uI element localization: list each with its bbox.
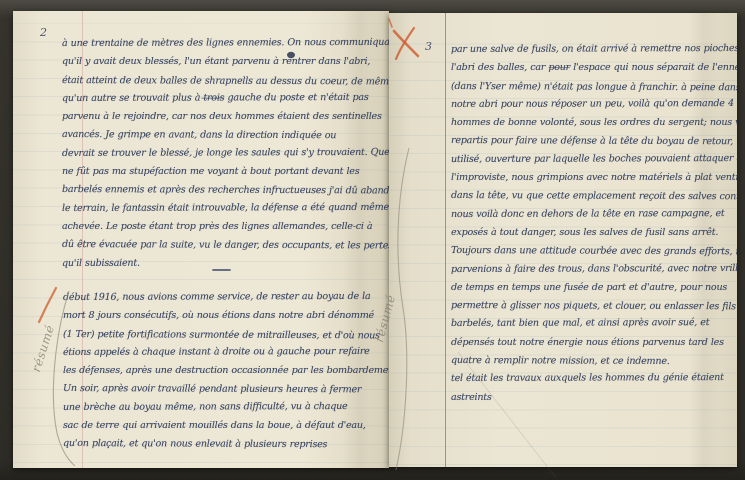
handwritten-line: ne fût pas ma stupéfaction me voyant à b…	[62, 166, 389, 184]
page-number: 3	[425, 40, 432, 53]
handwritten-line: une brèche au boyau même, non sans diffi…	[63, 401, 389, 420]
handwritten-line: mort 8 jours consécutifs, où nous étions…	[63, 310, 389, 328]
handwritten-line: qu'on plaçait, et qu'on nous enlevait à …	[63, 438, 389, 458]
handwritten-line: le terrain, le fantassin était introuvab…	[62, 201, 389, 221]
manuscript-page-2: 2 à une trentaine de mètres des lignes e…	[13, 11, 389, 468]
handwritten-line: Toujours dans une attitude courbée avec …	[451, 245, 737, 265]
handwritten-line: utilisé, ouverture par laquelle les boch…	[451, 153, 737, 172]
scanned-document: 2 à une trentaine de mètres des lignes e…	[0, 0, 745, 480]
handwritten-line: de temps en temps une fusée de part et d…	[451, 282, 737, 300]
margin-line	[445, 13, 446, 467]
handwritten-line: étions appelés à chaque instant à droite…	[63, 346, 389, 365]
paragraph-1: par une salve de fusils, on était arrivé…	[451, 44, 737, 410]
handwritten-line: qu'il y avait deux blessés, l'un étant p…	[62, 56, 389, 74]
manuscript-page-3: 3 par une salve de fusils, on était arri…	[389, 13, 737, 467]
handwritten-line: dans la tête, vu que cette emplacement r…	[451, 190, 737, 210]
handwritten-line: parvenions à faire des trous, dans l'obs…	[451, 262, 737, 281]
handwritten-line: les défenses, après une destruction occa…	[63, 365, 389, 383]
paragraph-2: début 1916, nous avions comme service, d…	[63, 292, 389, 457]
handwritten-line: dépensés tout notre énergie nous étions …	[451, 337, 737, 355]
handwritten-line: exposés à tout danger, sous les salves d…	[451, 227, 737, 245]
handwritten-line: tel était les travaux auxquels les homme…	[451, 372, 737, 391]
handwritten-line: l'improviste, nous grimpions avec notre …	[451, 172, 737, 190]
handwritten-line: début 1916, nous avions comme service, d…	[63, 291, 389, 310]
handwritten-line: nous voilà donc en dehors de la tête en …	[451, 208, 737, 227]
handwritten-line: barbelés, tant bien que mal, et ainsi ap…	[451, 317, 737, 336]
handwritten-line: à une trentaine de mètres des lignes enn…	[62, 37, 389, 57]
handwritten-line: qu'il subissaient.	[62, 256, 389, 276]
handwritten-line: notre abri pour nous réposer un peu, voi…	[451, 98, 737, 117]
page-number: 2	[40, 26, 47, 39]
handwritten-line: sac de terre qui arrivaient mouillés dan…	[63, 420, 389, 438]
handwritten-line: devrait se trouver le blessé, je longe l…	[62, 147, 389, 167]
paragraph-1: à une trentaine de mètres des lignes enn…	[62, 38, 389, 276]
handwritten-line: qu'un autre se trouvait plus à t̶r̶o̶i̶s…	[62, 92, 389, 112]
handwritten-line: par une salve de fusils, on était arrivé…	[451, 43, 737, 62]
handwritten-line: astreints	[451, 392, 737, 410]
handwritten-line: parvenu à le rejoindre, car nos deux hom…	[62, 111, 389, 129]
handwritten-line: achevée. Le poste étant trop près des li…	[62, 221, 389, 239]
handwritten-line: hommes de bonne volonté, sous les ordres…	[451, 117, 737, 135]
handwritten-line: l'abri des balles, car p̶o̶u̶r̶ l'espace…	[451, 62, 737, 80]
